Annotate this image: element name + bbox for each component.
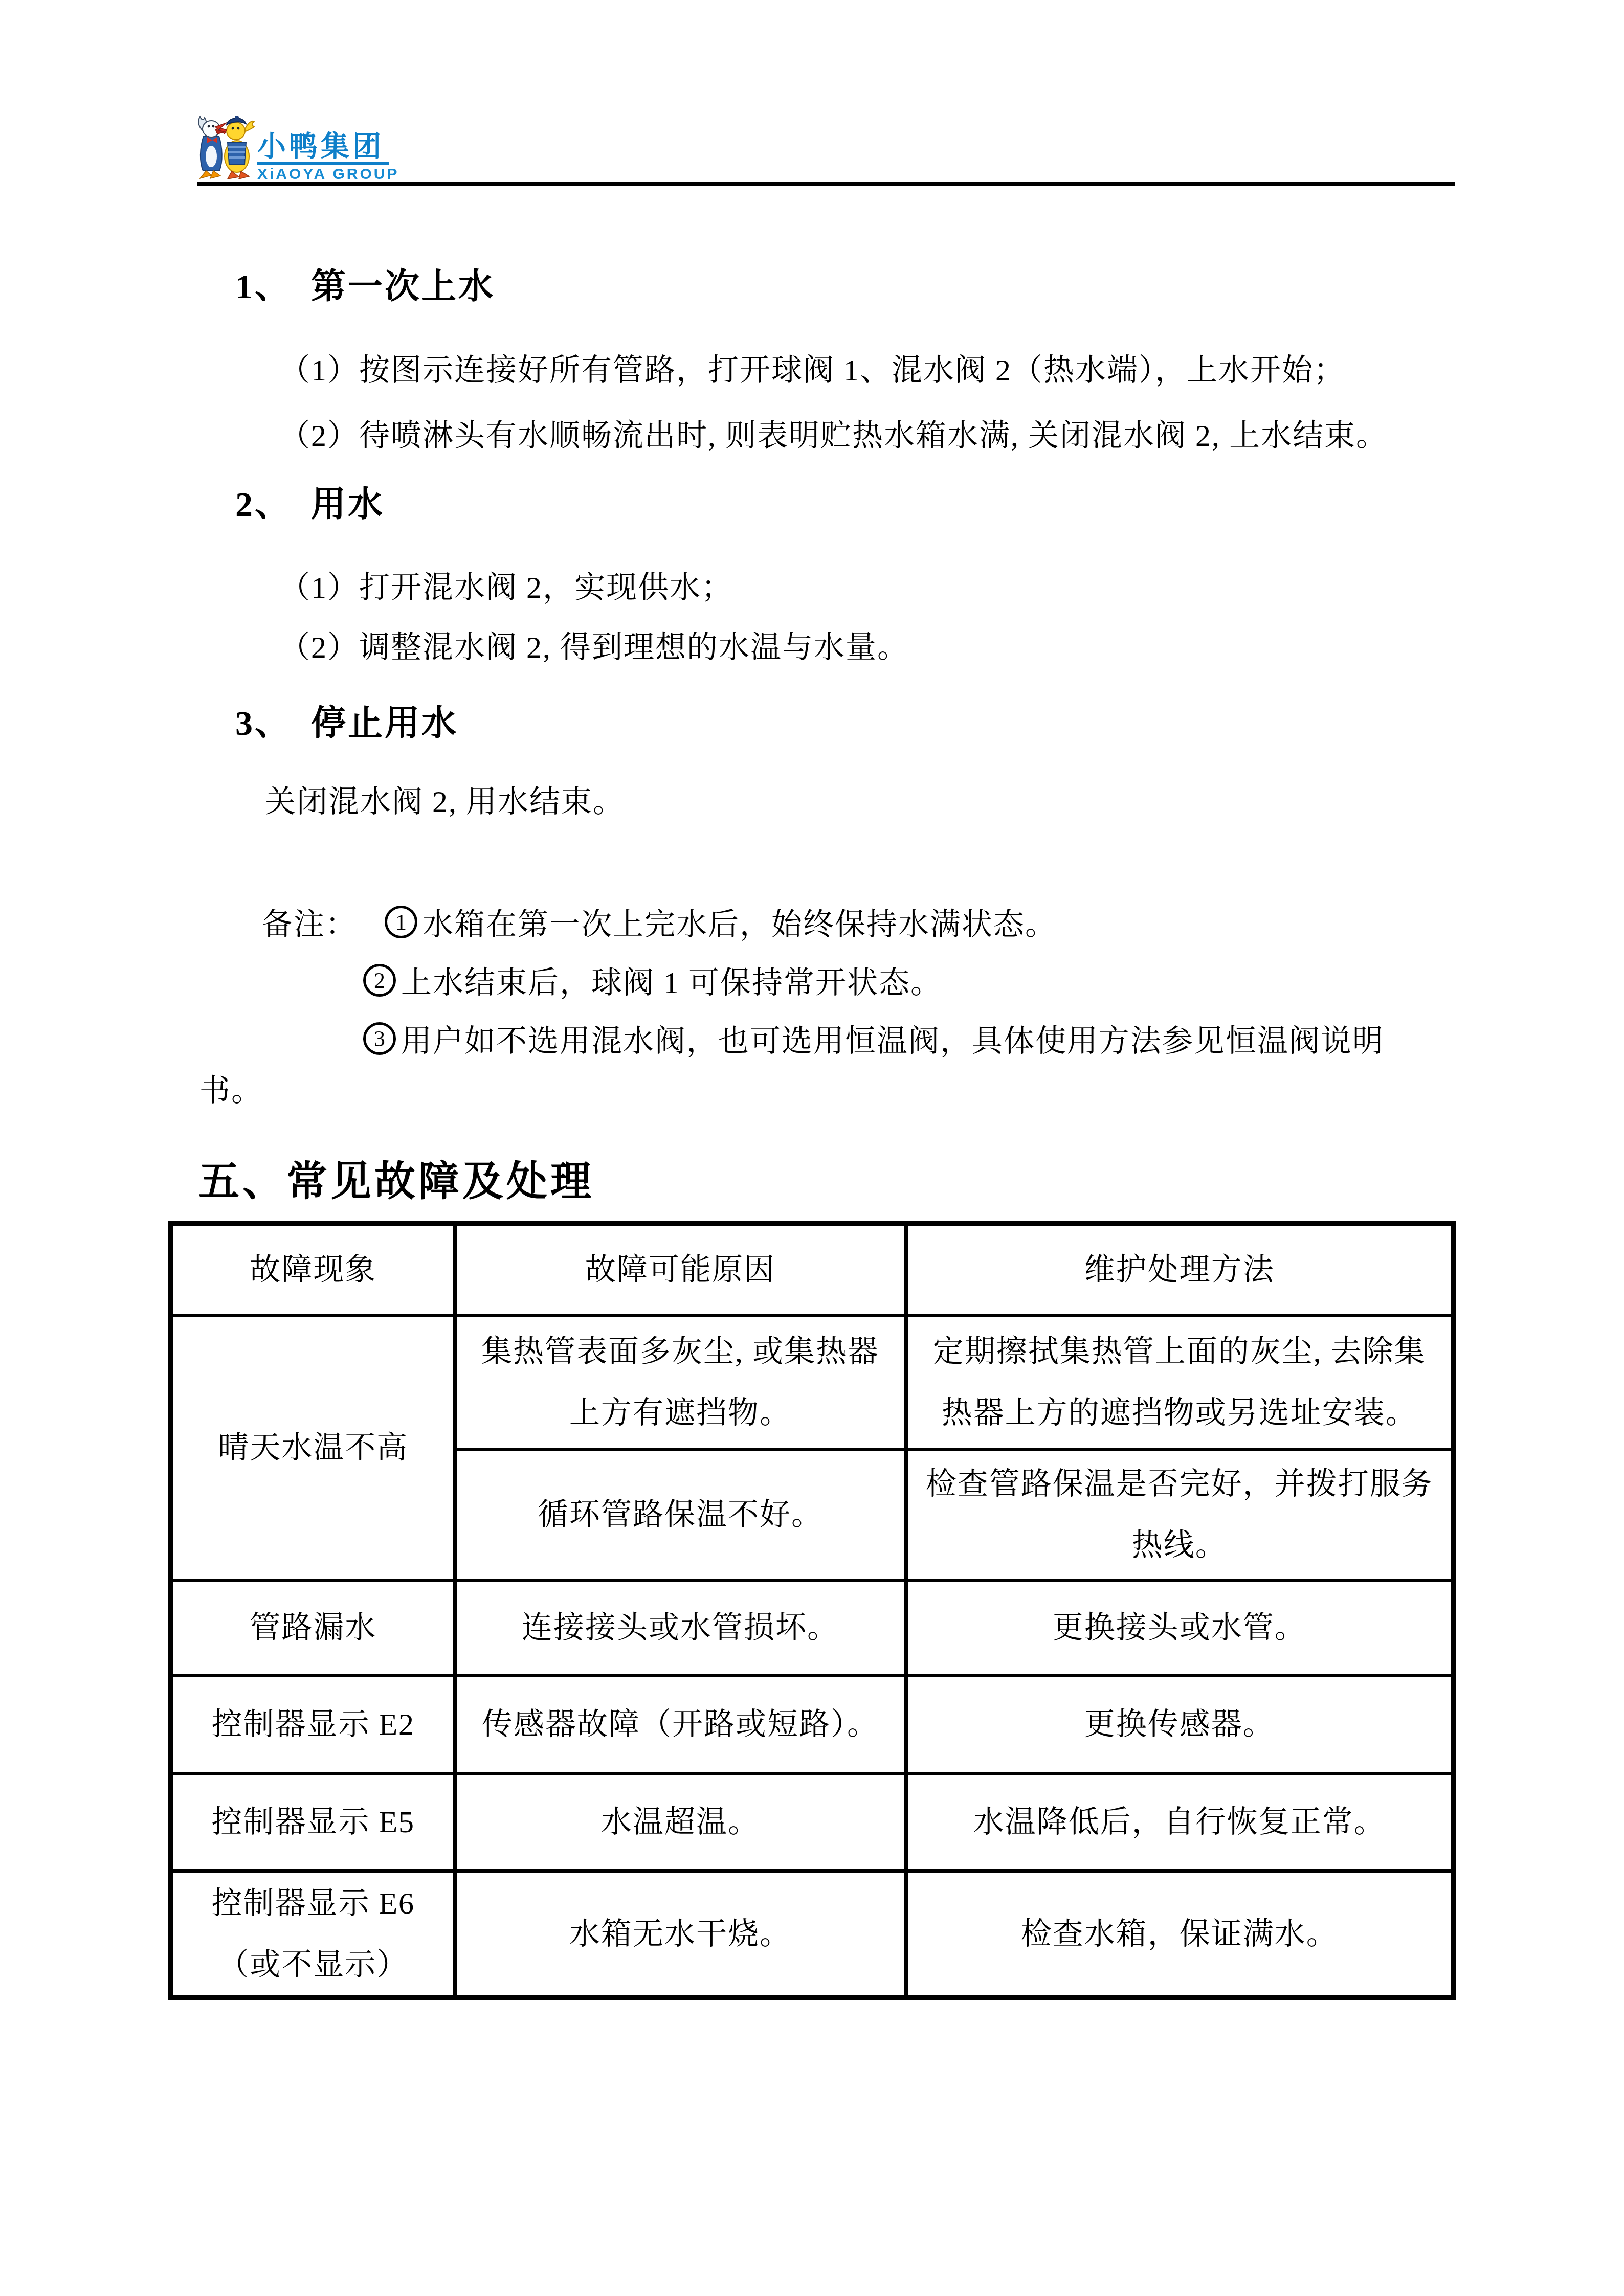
note-1-text: 水箱在第一次上完水后，始终保持水满状态。 <box>422 900 1057 944</box>
row1-solution-a: 定期擦拭集热管上面的灰尘, 去除集 热器上方的遮挡物或另选址安装。 <box>906 1315 1454 1449</box>
col-header-solution: 维护处理方法 <box>906 1223 1454 1315</box>
section-2-item-2: （2）调整混水阀 2, 得到理想的水温与水量。 <box>279 630 909 665</box>
manual-page: 小鸭集团 XiAOYA GROUP 1、 第一次上水 （1）按图示连接好所有管路… <box>0 0 1624 2296</box>
row1-cause-a: 集热管表面多灰尘, 或集热器 上方有遮挡物。 <box>455 1315 906 1449</box>
notes-label: 备注： <box>262 900 357 944</box>
note-row-2: 2 上水结束后，球阀 1 可保持常开状态。 <box>363 958 942 1002</box>
row1-phenomenon: 晴天水温不高 <box>171 1315 455 1580</box>
note-row-3: 3 用户如不选用混水阀，也可选用恒温阀，具体使用方法参见恒温阀说明 <box>363 1017 1384 1061</box>
two-ducks-mascot-icon <box>196 114 256 181</box>
row3-phenomenon: 控制器显示 E2 <box>171 1675 455 1773</box>
note-row-1: 备注： 1 水箱在第一次上完水后，始终保持水满状态。 <box>262 900 1057 944</box>
row2-solution: 更换接头或水管。 <box>906 1580 1454 1675</box>
section-3-text: 关闭混水阀 2, 用水结束。 <box>265 784 625 819</box>
table-row: 晴天水温不高 集热管表面多灰尘, 或集热器 上方有遮挡物。 定期擦拭集热管上面的… <box>171 1315 1454 1449</box>
section-1-item-2: （2）待喷淋头有水顺畅流出时, 则表明贮热水箱水满, 关闭混水阀 2, 上水结束… <box>279 418 1388 453</box>
row4-phenomenon: 控制器显示 E5 <box>171 1773 455 1871</box>
section-2-item-1: （1）打开混水阀 2，实现供水； <box>279 570 733 605</box>
brand-name-cn: 小鸭集团 <box>257 131 384 162</box>
col-header-phenomenon: 故障现象 <box>171 1223 455 1315</box>
note-3-continuation: 书。 <box>199 1073 263 1108</box>
row2-cause: 连接接头或水管损坏。 <box>455 1580 906 1675</box>
circled-number-2-icon: 2 <box>363 964 396 997</box>
row5-phenomenon: 控制器显示 E6 （或不显示） <box>171 1871 455 1998</box>
section-5-heading: 五、常见故障及处理 <box>198 1160 594 1203</box>
row1-cause-b: 循环管路保温不好。 <box>455 1449 906 1580</box>
section-1-heading: 1、 第一次上水 <box>235 268 495 305</box>
table-row: 控制器显示 E6 （或不显示） 水箱无水干烧。 检查水箱，保证满水。 <box>171 1871 1454 1998</box>
row4-cause: 水温超温。 <box>455 1773 906 1871</box>
col-header-cause: 故障可能原因 <box>455 1223 906 1315</box>
row1-solution-b: 检查管路保温是否完好，并拨打服务 热线。 <box>906 1449 1454 1580</box>
brand-name-en: XiAOYA GROUP <box>257 166 399 183</box>
fault-table-header-row: 故障现象 故障可能原因 维护处理方法 <box>171 1223 1454 1315</box>
row3-cause: 传感器故障（开路或短路）。 <box>455 1675 906 1773</box>
fault-table: 故障现象 故障可能原因 维护处理方法 晴天水温不高 集热管表面多灰尘, 或集热器… <box>168 1221 1456 2000</box>
header-divider-rule <box>197 182 1455 186</box>
brand-underline <box>257 162 389 165</box>
section-3-heading: 3、 停止用水 <box>235 705 458 741</box>
table-row: 管路漏水 连接接头或水管损坏。 更换接头或水管。 <box>171 1580 1454 1675</box>
section-1-item-1: （1）按图示连接好所有管路，打开球阀 1、混水阀 2（热水端），上水开始； <box>279 353 1345 388</box>
circled-number-1-icon: 1 <box>385 906 417 938</box>
row5-solution: 检查水箱，保证满水。 <box>906 1871 1454 1998</box>
note-3-text: 用户如不选用混水阀，也可选用恒温阀，具体使用方法参见恒温阀说明 <box>401 1017 1384 1061</box>
note-2-text: 上水结束后，球阀 1 可保持常开状态。 <box>401 958 942 1002</box>
row4-solution: 水温降低后，自行恢复正常。 <box>906 1773 1454 1871</box>
table-row: 控制器显示 E5 水温超温。 水温降低后，自行恢复正常。 <box>171 1773 1454 1871</box>
row3-solution: 更换传感器。 <box>906 1675 1454 1773</box>
circled-number-3-icon: 3 <box>363 1022 396 1055</box>
row2-phenomenon: 管路漏水 <box>171 1580 455 1675</box>
row5-cause: 水箱无水干烧。 <box>455 1871 906 1998</box>
section-2-heading: 2、 用水 <box>235 486 385 523</box>
table-row: 控制器显示 E2 传感器故障（开路或短路）。 更换传感器。 <box>171 1675 1454 1773</box>
